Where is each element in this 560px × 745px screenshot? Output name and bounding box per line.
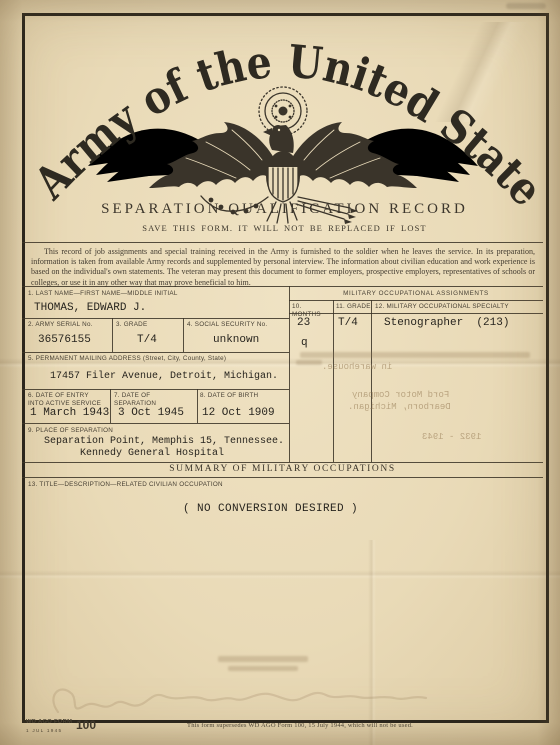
field-value-mailing-address: 17457 Filer Avenue, Detroit, Michigan. <box>50 371 278 382</box>
summary-header: SUMMARY OF MILITARY OCCUPATIONS <box>22 464 543 474</box>
assignments-col-months: 10. MONTHS <box>292 303 332 318</box>
field-value-entry-date: 1 March 1943 <box>30 407 109 419</box>
field-label-place-of-separation: 9. PLACE OF SEPARATION <box>28 427 278 435</box>
assignments-col-grade: 11. GRADE <box>336 303 372 311</box>
field-value-place-line1: Separation Point, Memphis 15, Tennessee. <box>44 436 284 447</box>
bleedthrough-smudge <box>296 360 322 365</box>
field-value-birth-date: 12 Oct 1909 <box>202 407 275 419</box>
bleedthrough-text: Ford Motor Company <box>352 390 449 400</box>
assignment-specialty: Stenographer (213) <box>384 317 509 329</box>
field-value-last-name: THOMAS, EDWARD J. <box>34 302 146 314</box>
masthead-engraving: Army of the United States <box>0 6 560 224</box>
field-value-separation-date: 3 Oct 1945 <box>118 407 184 419</box>
field-value-grade: T/4 <box>137 334 157 346</box>
bleedthrough-smudge <box>218 656 308 662</box>
form-number: 100 <box>76 718 96 732</box>
field-label-birth-date: 8. DATE OF BIRTH <box>200 392 285 400</box>
assignment-months: 23 <box>297 317 310 329</box>
bleedthrough-text: in warehouse. <box>322 362 392 372</box>
form-id-line2: 1 JUL 1945 <box>26 727 72 735</box>
field-label-separation-date: 7. DATE OF SEPARATION <box>114 392 194 407</box>
page-title: SEPARATION QUALIFICATION RECORD <box>24 201 545 218</box>
bleedthrough-text: Dearborn, Michigan. <box>348 402 451 412</box>
field-value-place-line2: Kennedy General Hospital <box>80 448 224 459</box>
document-page: Army of the United States SEPARATION QUA… <box>0 0 560 745</box>
form-id-line1: WD AGO FORM <box>26 719 72 727</box>
footer-note: This form supersedes WD AGO Form 100, 15… <box>100 722 500 729</box>
summary-label-13: 13. TITLE—DESCRIPTION—RELATED CIVILIAN O… <box>28 481 328 489</box>
shield <box>268 158 298 202</box>
field-label-ssn: 4. SOCIAL SECURITY No. <box>187 321 285 329</box>
field-label-grade: 3. GRADE <box>116 321 178 329</box>
bleedthrough-text: 1932 - 1943 <box>422 432 481 442</box>
field-label-entry-date: 6. DATE OF ENTRY INTO ACTIVE SERVICE <box>28 392 106 407</box>
bleedthrough-smudge <box>300 352 530 358</box>
assignment-months-2: q <box>301 337 308 349</box>
bleedthrough-smudge <box>228 666 298 671</box>
assignments-col-specialty: 12. MILITARY OCCUPATIONAL SPECIALTY <box>375 303 543 311</box>
field-label-mailing-address: 5. PERMANENT MAILING ADDRESS (Street, Ci… <box>28 355 283 363</box>
page-subtitle: SAVE THIS FORM. IT WILL NOT BE REPLACED … <box>24 223 545 233</box>
field-label-last-name: 1. LAST NAME—FIRST NAME—MIDDLE INITIAL <box>28 290 278 298</box>
field-value-ssn: unknown <box>213 334 259 346</box>
assignments-header: MILITARY OCCUPATIONAL ASSIGNMENTS <box>289 290 543 298</box>
intro-paragraph: This record of job assignments and speci… <box>31 247 535 288</box>
assignment-grade: T/4 <box>338 317 358 329</box>
field-value-serial-no: 36576155 <box>38 334 91 346</box>
form-id-block: WD AGO FORM 1 JUL 1945 <box>26 719 72 734</box>
summary-entry: ( NO CONVERSION DESIRED ) <box>10 503 531 515</box>
field-label-serial-no: 2. ARMY SERIAL No. <box>28 321 108 329</box>
